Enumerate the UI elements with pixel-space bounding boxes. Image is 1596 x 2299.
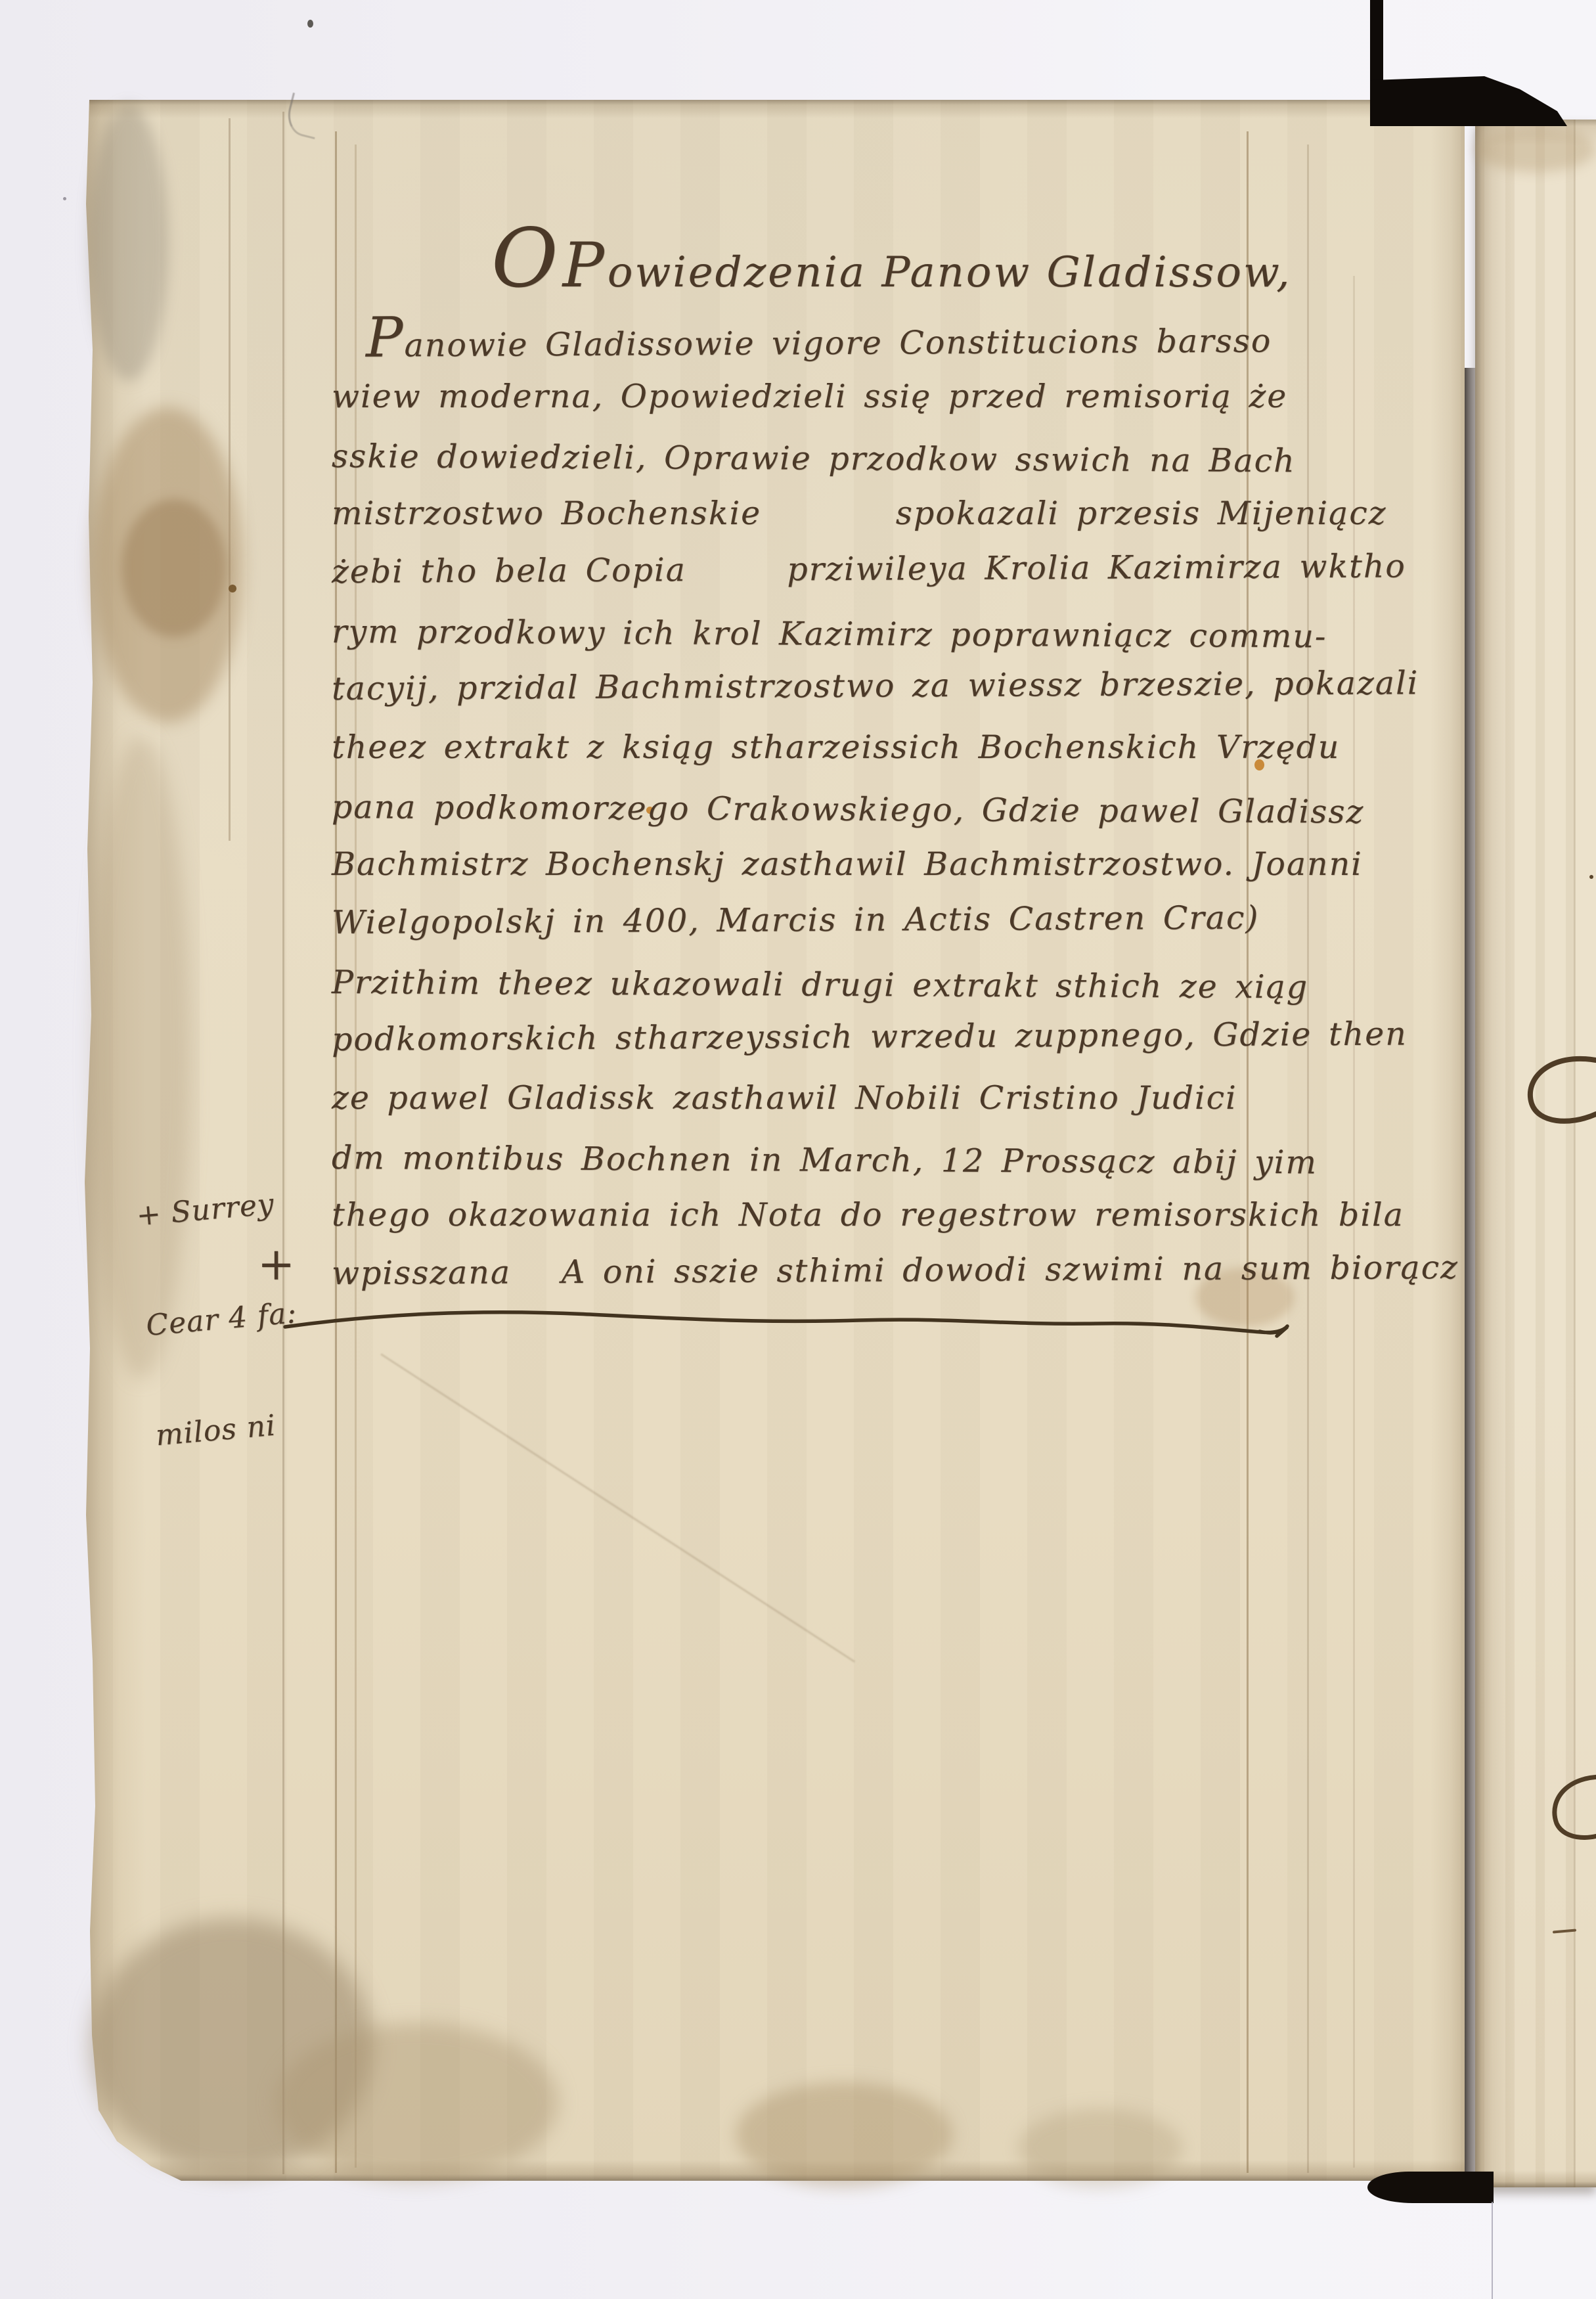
manuscript-line: thego okazowania ich Nota do regestrow r…: [332, 1186, 1317, 1244]
manuscript-line: wiew moderna, Opowiedzieli ssię przed re…: [332, 367, 1317, 426]
stain: [736, 2082, 952, 2187]
title-text: owiedzenia Panow Gladissow,: [608, 248, 1292, 297]
manuscript-text-block: Panowie Gladissowie vigore Constitucions…: [332, 309, 1317, 1303]
manuscript-line: Bachmistrz Bochenskj zasthawil Bachmistr…: [332, 835, 1317, 893]
title-initial-o: O: [491, 212, 560, 306]
stain: [276, 2023, 558, 2181]
margin-note-line: milos ni: [154, 1400, 354, 1454]
margin-cross-mark: +: [257, 1239, 295, 1291]
manuscript-line: mistrzostwo Bochenskie spokazali przesis…: [332, 484, 1317, 543]
manuscript-line: Wielgopolskj in 400, Marcis in Actis Cas…: [332, 888, 1317, 952]
page-title: OPowiedzenia Panow Gladissow,: [491, 212, 1291, 306]
title-initial-p: P: [563, 230, 606, 301]
scanned-manuscript: OPowiedzenia Panow Gladissow, Panowie Gl…: [0, 0, 1596, 2299]
manuscript-line: dm montibus Bochnen in March, 12 Prossąc…: [332, 1128, 1317, 1192]
stain: [1475, 126, 1596, 172]
manuscript-line: ze pawel Gladissk zasthawil Nobili Crist…: [332, 1069, 1317, 1127]
manuscript-line: Panowie Gladissowie vigore Constitucions…: [332, 303, 1317, 367]
manuscript-line: podkomorskich stharzeyssich wrzedu zuppn…: [332, 1005, 1317, 1069]
next-page-edge: [1475, 120, 1596, 2187]
backing-sheet-seam: [1492, 2202, 1493, 2299]
margin-note-line: + Surrey: [135, 1181, 334, 1235]
binding-spine-wedge: [1370, 76, 1567, 126]
next-page-ink-speck: [1589, 875, 1593, 879]
stain: [89, 105, 168, 381]
manuscript-line: żebi tho bela Copia prziwileya Krolia Ka…: [332, 537, 1317, 601]
next-page-ink-curve: [1545, 1771, 1596, 1850]
manuscript-line: pana podkomorzego Crakowskiego, Gdzie pa…: [332, 778, 1317, 841]
ink-speck: [229, 585, 236, 592]
background-speck: [63, 197, 66, 200]
manuscript-line: wpisszana A oni sszie sthimi dowodi szwi…: [332, 1239, 1317, 1303]
binding-bottom-shadow: [1367, 2172, 1494, 2203]
closing-flourish-line: [281, 1305, 1293, 1347]
manuscript-line: sskie dowiedzieli, Oprawie przodkow sswi…: [332, 427, 1317, 490]
manuscript-line: theez extrakt z ksiąg stharzeissich Boch…: [332, 718, 1317, 776]
stain: [122, 499, 227, 637]
next-page-crease-line: [1574, 120, 1576, 2187]
background-speck: [307, 20, 313, 28]
next-page-ink-curve: [1522, 1051, 1596, 1136]
stain: [1018, 2109, 1182, 2187]
manuscript-line: tacyij, przidal Bachmistrzostwo za wiess…: [332, 654, 1317, 718]
